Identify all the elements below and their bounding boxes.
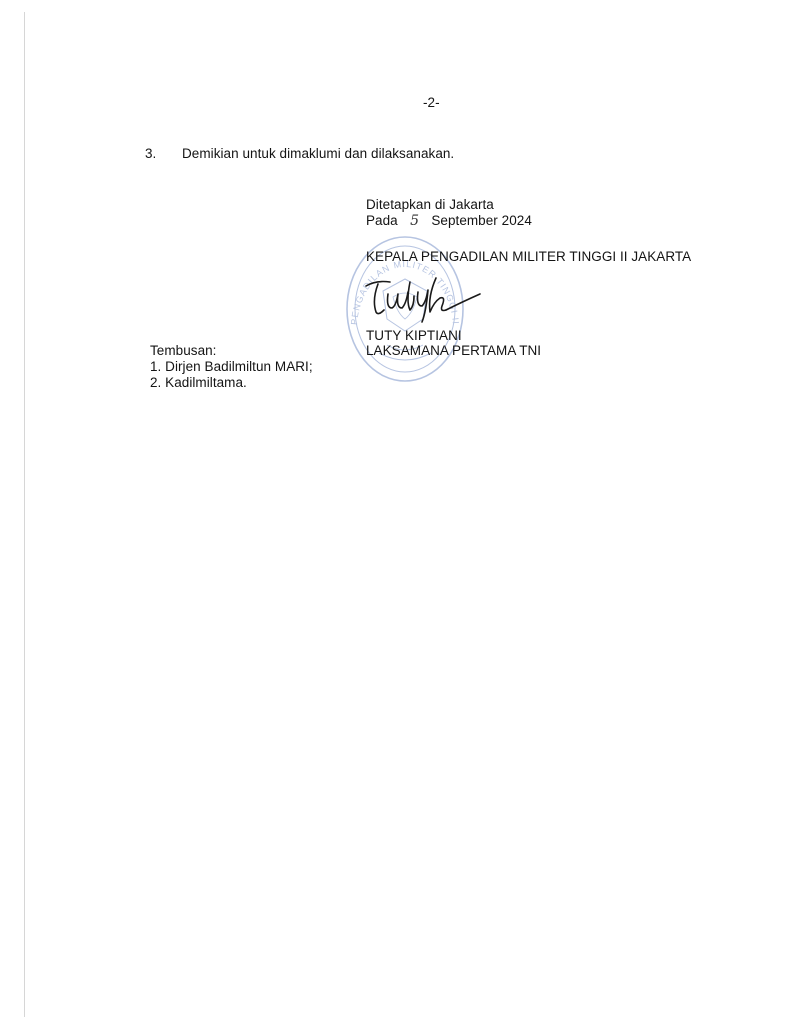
date-day-handwritten: 5: [402, 213, 428, 229]
date-prefix: Pada: [366, 213, 398, 228]
page-number: -2-: [423, 95, 440, 111]
place-of-issue: Ditetapkan di Jakarta: [366, 197, 494, 213]
item-number: 3.: [145, 146, 156, 162]
scan-edge-line: [24, 12, 25, 1017]
carbon-copy-title: Tembusan:: [150, 343, 217, 359]
item-text: Demikian untuk dimaklumi dan dilaksanaka…: [182, 146, 454, 162]
handwritten-signature-icon: [362, 272, 482, 328]
signer-position: KEPALA PENGADILAN MILITER TINGGI II JAKA…: [366, 249, 691, 265]
carbon-copy-item: 2. Kadilmiltama.: [150, 375, 247, 391]
issue-date: Pada 5 September 2024: [366, 213, 532, 229]
date-month-year: September 2024: [431, 213, 532, 228]
signer-name: TUTY KIPTIANI: [366, 328, 462, 344]
signer-rank: LAKSAMANA PERTAMA TNI: [366, 343, 541, 359]
carbon-copy-item: 1. Dirjen Badilmiltun MARI;: [150, 359, 313, 375]
